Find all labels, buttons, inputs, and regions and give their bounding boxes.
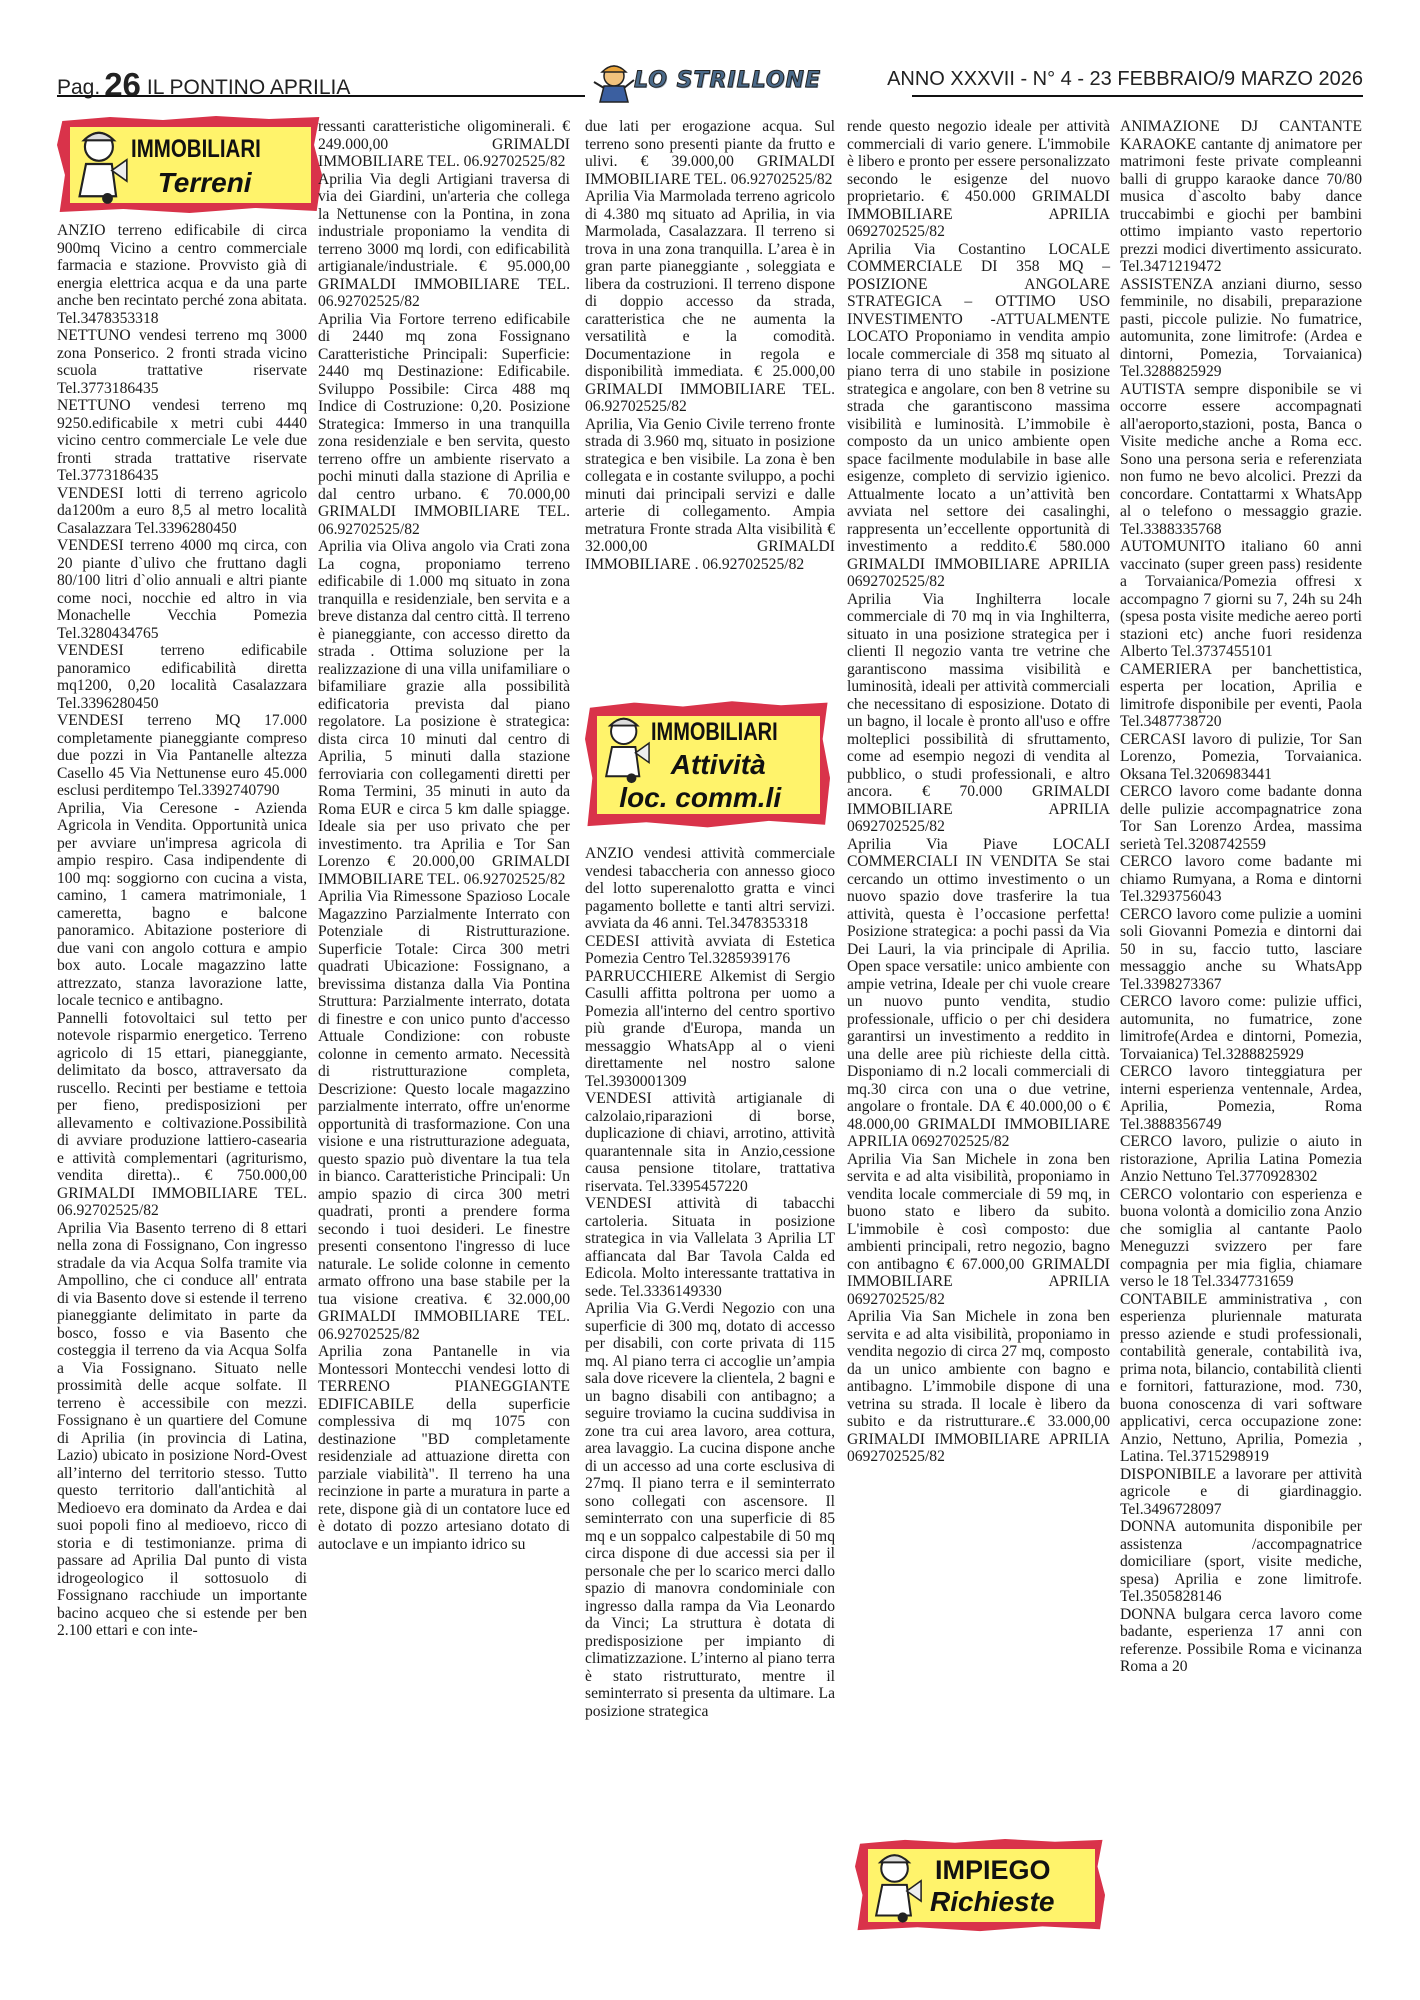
- column-2-terreni: ressanti caratteristiche oligominerali. …: [318, 118, 570, 1553]
- classified-ad: CEDESI attività avviata di Estetica Pome…: [585, 933, 835, 968]
- issue-info: ANNO XXXVII - N° 4 - 23 FEBBRAIO/9 MARZO…: [887, 68, 1363, 91]
- section-banner-impiego-richieste: IMPIEGO Richieste: [855, 1838, 1105, 1933]
- classified-ad: AUTOMUNITO italiano 60 anni vaccinato (s…: [1120, 538, 1362, 661]
- classified-ad: CERCO volontario con esperienza e buona …: [1120, 1186, 1362, 1291]
- classified-ad: Aprilia Via Basento terreno di 8 ettari …: [57, 1220, 307, 1640]
- classified-ad: Aprilia zona Pantanelle in via Montessor…: [318, 1343, 570, 1553]
- classified-ad: VENDESI lotti di terreno agricolo da1200…: [57, 485, 307, 538]
- banner-title: IMMOBILIARI: [131, 135, 261, 164]
- classified-ad: CONTABILE amministrativa , con esperienz…: [1120, 1291, 1362, 1466]
- newsboy-mascot-icon: [57, 121, 137, 207]
- classified-ad: Aprilia Via San Michele in zona ben serv…: [847, 1151, 1110, 1309]
- classified-ad: Aprilia Via Inghilterra locale commercia…: [847, 591, 1110, 836]
- newsboy-mascot-icon: [855, 1844, 930, 1926]
- column-3-attivita: ANZIO vendesi attività commerciale vende…: [585, 845, 835, 1720]
- classified-ad: VENDESI attività di tabacchi cartoleria.…: [585, 1195, 835, 1300]
- classified-ad: due lati per erogazione acqua. Sul terre…: [585, 118, 835, 188]
- newsboy-mascot-icon: [590, 62, 638, 107]
- column-3-terreni: due lati per erogazione acqua. Sul terre…: [585, 118, 835, 573]
- classified-ad: Aprilia Via Marmolada terreno agricolo d…: [585, 188, 835, 416]
- classified-ad: AUTISTA sempre disponibile se vi occorre…: [1120, 381, 1362, 539]
- section-banner-immobiliari-terreni: IMMOBILIARI Terreni: [57, 115, 322, 215]
- classified-ad: CERCO lavoro, pulizie o aiuto in ristora…: [1120, 1133, 1362, 1186]
- banner-subtitle: Terreni: [158, 167, 252, 199]
- banner-title: IMPIEGO: [935, 1855, 1051, 1886]
- classified-ad: Aprilia Via Rimessone Spazioso Locale Ma…: [318, 888, 570, 1343]
- classified-ad: NETTUNO vendesi terreno mq 3000 zona Pon…: [57, 327, 307, 397]
- header-rule-left: [57, 95, 585, 97]
- classified-ad: DISPONIBILE a lavorare per attività agri…: [1120, 1466, 1362, 1519]
- classified-ad: Aprilia Via Piave LOCALI COMMERCIALI IN …: [847, 836, 1110, 1151]
- classified-ad: ressanti caratteristiche oligominerali. …: [318, 118, 570, 171]
- classified-ad: CERCO lavoro come badante mi chiamo Rumy…: [1120, 853, 1362, 906]
- column-1-terreni: ANZIO terreno edificabile di circa 900mq…: [57, 222, 307, 1640]
- column-5-impiego: ANIMAZIONE DJ CANTANTE KARAOKE cantante …: [1120, 118, 1362, 1676]
- classified-ad: Aprilia, Via Genio Civile terreno fronte…: [585, 416, 835, 574]
- classified-ad: VENDESI attività artigianale di calzolai…: [585, 1090, 835, 1195]
- classified-ad: ANZIO terreno edificabile di circa 900mq…: [57, 222, 307, 327]
- classified-ad: Aprilia Via Fortore terreno edificabile …: [318, 311, 570, 539]
- newsboy-mascot-icon: [585, 708, 659, 786]
- classified-ad: CERCO lavoro come badante donna delle pu…: [1120, 783, 1362, 853]
- classified-ad: CERCO lavoro come pulizie a uomini soli …: [1120, 906, 1362, 994]
- publication-logo: LO STRILLONE: [590, 62, 830, 107]
- classified-ad: Aprilia Via G.Verdi Negozio con una supe…: [585, 1300, 835, 1720]
- classified-ad: rende questo negozio ideale per attività…: [847, 118, 1110, 241]
- classified-ad: ANZIO vendesi attività commerciale vende…: [585, 845, 835, 933]
- banner-title: IMMOBILIARI: [651, 718, 778, 747]
- classified-ad: CERCO lavoro come: pulizie uffici, autom…: [1120, 993, 1362, 1063]
- banner-subtitle-2: loc. comm.li: [619, 782, 781, 814]
- classified-ad: DONNA automunita disponibile per assiste…: [1120, 1518, 1362, 1606]
- classified-ad: CERCASI lavoro di pulizie, Tor San Loren…: [1120, 731, 1362, 784]
- classified-ad: ASSISTENZA anziani diurno, sesso femmini…: [1120, 276, 1362, 381]
- banner-subtitle: Richieste: [930, 1886, 1055, 1918]
- section-banner-immobiliari-attivita: IMMOBILIARI Attività loc. comm.li: [585, 700, 830, 830]
- banner-subtitle: Attività: [671, 749, 766, 781]
- classified-ad: VENDESI terreno 4000 mq circa, con 20 pi…: [57, 537, 307, 642]
- classified-ad: ANIMAZIONE DJ CANTANTE KARAOKE cantante …: [1120, 118, 1362, 276]
- classified-ad: VENDESI terreno edificabile panoramico e…: [57, 642, 307, 712]
- classified-ad: VENDESI terreno MQ 17.000 completamente …: [57, 712, 307, 800]
- classified-ad: PARRUCCHIERE Alkemist di Sergio Casulli …: [585, 968, 835, 1091]
- classified-ad: Aprilia Via Costantino LOCALE COMMERCIAL…: [847, 241, 1110, 591]
- classified-ad: Aprilia, Via Ceresone - Azienda Agricola…: [57, 800, 307, 1010]
- logo-text: LO STRILLONE: [634, 68, 821, 93]
- classified-ad: Aprilia via Oliva angolo via Crati zona …: [318, 538, 570, 888]
- classified-ad: Aprilia Via degli Artigiani traversa di …: [318, 171, 570, 311]
- classified-ad: Aprilia Via San Michele in zona ben serv…: [847, 1308, 1110, 1466]
- classified-ad: Pannelli fotovoltaici sul tetto per note…: [57, 1010, 307, 1220]
- classified-ad: CAMERIERA per banchettistica, esperta pe…: [1120, 661, 1362, 731]
- classified-ad: DONNA bulgara cerca lavoro come badante,…: [1120, 1606, 1362, 1676]
- classified-ad: NETTUNO vendesi terreno mq 9250.edificab…: [57, 397, 307, 485]
- classified-ad: CERCO lavoro tinteggiatura per interni e…: [1120, 1063, 1362, 1133]
- header-rule-right: [912, 95, 1363, 97]
- page-number: 26: [104, 66, 141, 103]
- column-4-attivita: rende questo negozio ideale per attività…: [847, 118, 1110, 1466]
